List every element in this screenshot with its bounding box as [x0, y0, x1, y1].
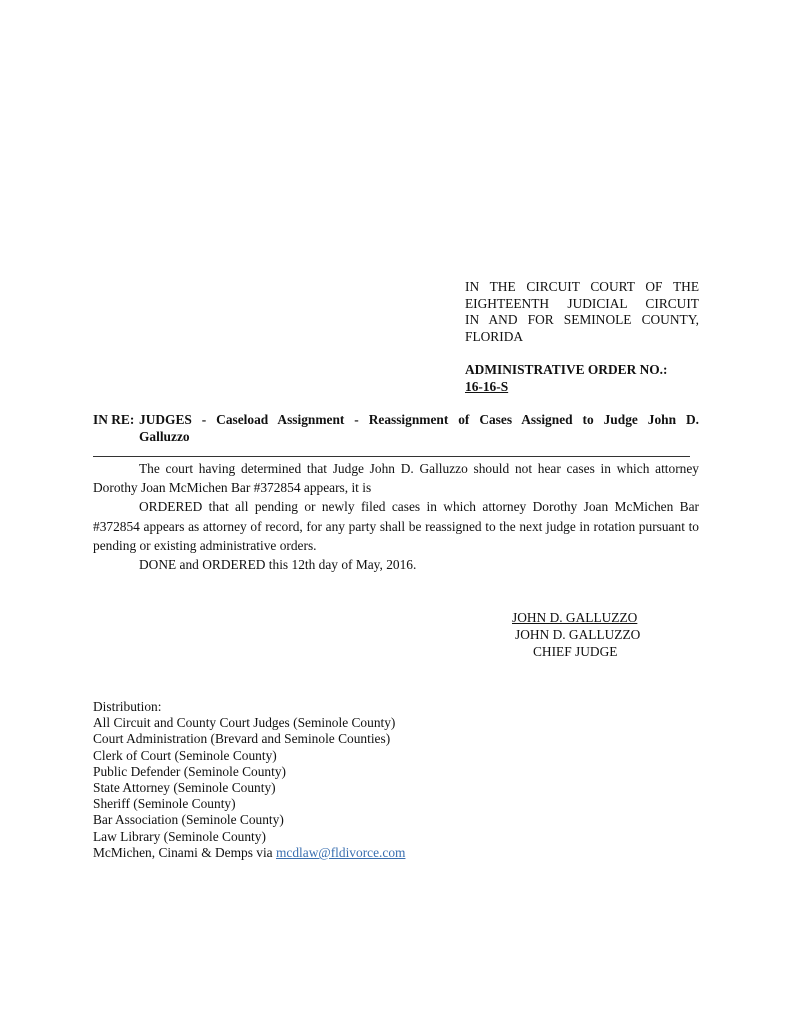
order-number: 16-16-S — [465, 379, 705, 396]
horizontal-rule — [93, 456, 690, 457]
distribution-recipient: Clerk of Court (Seminole County) — [93, 748, 405, 764]
distribution-list: Distribution: All Circuit and County Cou… — [93, 699, 405, 861]
in-re-label: IN RE: — [93, 412, 134, 429]
judge-title: CHIEF JUDGE — [512, 643, 640, 660]
recipient-name: McMichen, Cinami & Demps via — [93, 845, 276, 860]
distribution-recipient: Bar Association (Seminole County) — [93, 812, 405, 828]
distribution-recipient: Sheriff (Seminole County) — [93, 796, 405, 812]
distribution-recipient: Court Administration (Brevard and Semino… — [93, 731, 405, 747]
signed-name: JOHN D. GALLUZZO — [512, 609, 640, 626]
body-paragraph: The court having determined that Judge J… — [93, 459, 699, 497]
signature-block: JOHN D. GALLUZZO JOHN D. GALLUZZO CHIEF … — [512, 609, 640, 660]
administrative-order-heading: ADMINISTRATIVE ORDER NO.: 16-16-S — [465, 362, 705, 395]
distribution-heading: Distribution: — [93, 699, 405, 715]
distribution-recipient: State Attorney (Seminole County) — [93, 780, 405, 796]
in-re-heading: IN RE: JUDGES - Caseload Assignment - Re… — [93, 412, 699, 445]
court-caption: IN THE CIRCUIT COURT OF THE EIGHTEENTH J… — [465, 279, 699, 345]
distribution-recipient-email: McMichen, Cinami & Demps via mcdlaw@fldi… — [93, 845, 405, 861]
court-caption-line: EIGHTEENTH JUDICIAL CIRCUIT — [465, 296, 699, 313]
email-link[interactable]: mcdlaw@fldivorce.com — [276, 845, 405, 860]
distribution-recipient: All Circuit and County Court Judges (Sem… — [93, 715, 405, 731]
order-body: The court having determined that Judge J… — [93, 459, 699, 574]
body-paragraph: DONE and ORDERED this 12th day of May, 2… — [93, 555, 699, 574]
court-caption-line: IN AND FOR SEMINOLE COUNTY, — [465, 312, 699, 329]
court-caption-line: FLORIDA — [465, 329, 699, 346]
in-re-subject: JUDGES - Caseload Assignment - Reassignm… — [139, 412, 699, 445]
body-paragraph: ORDERED that all pending or newly filed … — [93, 497, 699, 555]
document-page: IN THE CIRCUIT COURT OF THE EIGHTEENTH J… — [0, 0, 791, 1024]
distribution-recipient: Law Library (Seminole County) — [93, 829, 405, 845]
order-label: ADMINISTRATIVE ORDER NO.: — [465, 362, 705, 379]
printed-name: JOHN D. GALLUZZO — [512, 626, 640, 643]
distribution-recipient: Public Defender (Seminole County) — [93, 764, 405, 780]
court-caption-line: IN THE CIRCUIT COURT OF THE — [465, 279, 699, 296]
